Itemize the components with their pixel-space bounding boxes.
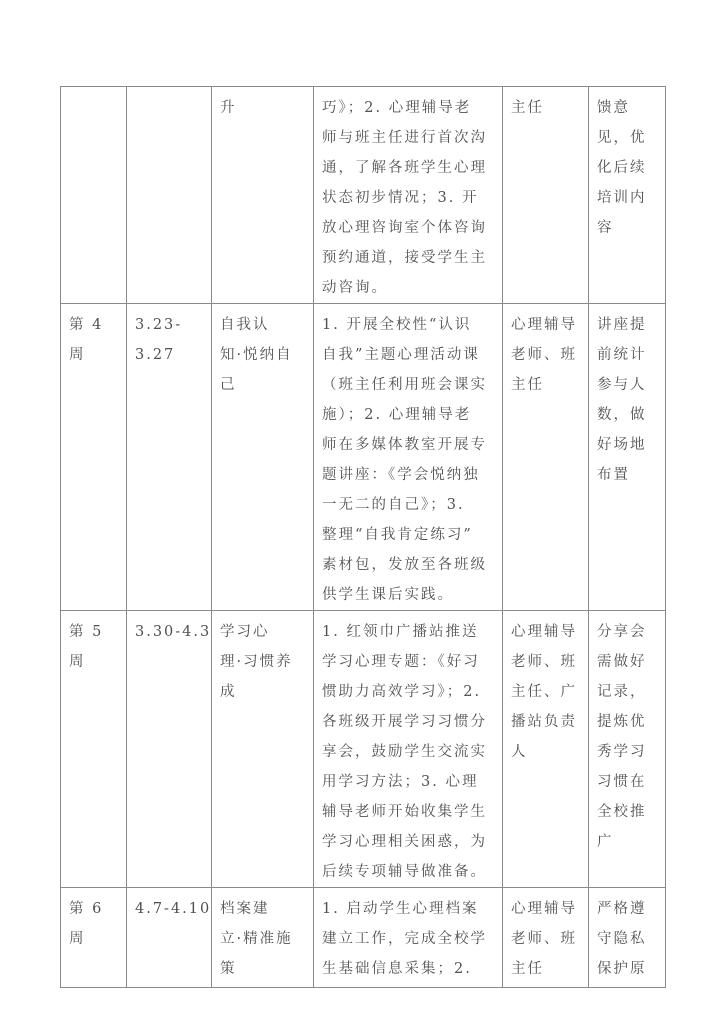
responsible-line: 主任 (511, 93, 580, 123)
content-line: 动咨询。 (322, 273, 494, 303)
responsible-line: 主任 (511, 954, 580, 984)
content-line: 状态初步情况；3. 开 (322, 183, 494, 213)
content-line: 放心理咨询室个体咨询 (322, 213, 494, 243)
responsible-line: 老师、班 (511, 340, 580, 370)
notes-cell: 严格遵 守隐私 保护原 (589, 888, 666, 988)
theme-line: 自我认 (220, 310, 305, 340)
date-line: 4.7-4.10 (135, 894, 203, 924)
notes-cell: 分享会 需做好 记录， 提炼优 秀学习 习惯在 全校推 广 (589, 611, 666, 888)
date-line: 3.27 (135, 340, 203, 370)
content-line: 一无二的自己》；3. (322, 490, 494, 520)
notes-line: 广 (597, 827, 657, 857)
notes-line: 参与人 (597, 370, 657, 400)
notes-line: 需做好 (597, 647, 657, 677)
content-line: 后续专项辅导做准备。 (322, 857, 494, 887)
table-row-continuation: 升 巧》；2. 心理辅导老 师与班主任进行首次沟 通，了解各班学生心理 状态初步… (61, 87, 666, 304)
content-cell: 1. 启动学生心理档案 建立工作，完成全校学 生基础信息采集；2. (314, 888, 503, 988)
schedule-table-body: 升 巧》；2. 心理辅导老 师与班主任进行首次沟 通，了解各班学生心理 状态初步… (61, 87, 666, 988)
content-line: 学习心理专题：《好习 (322, 647, 494, 677)
notes-line: 提炼优 (597, 707, 657, 737)
content-cell: 1. 开展全校性“认识 自我”主题心理活动课 （班主任利用班会课实 施）；2. … (314, 304, 503, 611)
content-cell: 1. 红领巾广播站推送 学习心理专题：《好习 惯助力高效学习》；2. 各班级开展… (314, 611, 503, 888)
table-row-week-4: 第 4 周 3.23- 3.27 自我认 知·悦纳自 己 1. 开展全校性“认识… (61, 304, 666, 611)
week-cell: 第 4 周 (61, 304, 127, 611)
theme-line: 升 (220, 93, 305, 123)
notes-line: 讲座提 (597, 310, 657, 340)
notes-line: 数，做 (597, 400, 657, 430)
notes-line: 馈意 (597, 93, 657, 123)
theme-cell: 档案建 立·精准施 策 (212, 888, 314, 988)
theme-line: 成 (220, 677, 305, 707)
date-cell (127, 87, 212, 304)
date-cell: 3.30-4.3 (127, 611, 212, 888)
responsible-cell: 心理辅导 老师、班 主任 (503, 888, 589, 988)
notes-line: 见，优 (597, 123, 657, 153)
notes-line: 守隐私 (597, 924, 657, 954)
content-line: 生基础信息采集；2. (322, 954, 494, 984)
theme-cell: 自我认 知·悦纳自 己 (212, 304, 314, 611)
notes-line: 严格遵 (597, 894, 657, 924)
content-line: 巧》；2. 心理辅导老 (322, 93, 494, 123)
content-line: 1. 启动学生心理档案 (322, 894, 494, 924)
notes-line: 记录， (597, 677, 657, 707)
responsible-line: 老师、班 (511, 647, 580, 677)
date-cell: 3.23- 3.27 (127, 304, 212, 611)
responsible-line: 人 (511, 737, 580, 767)
notes-line: 化后续 (597, 153, 657, 183)
content-line: 学习心理相关困惑，为 (322, 827, 494, 857)
content-line: 通，了解各班学生心理 (322, 153, 494, 183)
responsible-cell: 心理辅导 老师、班 主任 (503, 304, 589, 611)
content-line: 整理“自我肯定练习” (322, 520, 494, 550)
theme-line: 学习心 (220, 617, 305, 647)
theme-line: 策 (220, 954, 305, 984)
content-line: 预约通道，接受学生主 (322, 243, 494, 273)
schedule-table: 升 巧》；2. 心理辅导老 师与班主任进行首次沟 通，了解各班学生心理 状态初步… (60, 86, 666, 988)
theme-line: 档案建 (220, 894, 305, 924)
theme-line: 己 (220, 370, 305, 400)
notes-line: 分享会 (597, 617, 657, 647)
content-line: 题讲座：《学会悦纳独 (322, 460, 494, 490)
table-row-week-5: 第 5 周 3.30-4.3 学习心 理·习惯养 成 1. 红领巾广播站推送 学… (61, 611, 666, 888)
notes-line: 培训内 (597, 183, 657, 213)
date-line: 3.23- (135, 310, 203, 340)
notes-line: 前统计 (597, 340, 657, 370)
theme-cell: 升 (212, 87, 314, 304)
responsible-line: 心理辅导 (511, 617, 580, 647)
week-cell: 第 5 周 (61, 611, 127, 888)
theme-line: 立·精准施 (220, 924, 305, 954)
responsible-line: 主任、广 (511, 677, 580, 707)
content-line: 自我”主题心理活动课 (322, 340, 494, 370)
content-line: 惯助力高效学习》；2. (322, 677, 494, 707)
responsible-line: 心理辅导 (511, 894, 580, 924)
responsible-line: 心理辅导 (511, 310, 580, 340)
content-cell: 巧》；2. 心理辅导老 师与班主任进行首次沟 通，了解各班学生心理 状态初步情况… (314, 87, 503, 304)
content-line: 建立工作，完成全校学 (322, 924, 494, 954)
responsible-line: 老师、班 (511, 924, 580, 954)
content-line: 1. 红领巾广播站推送 (322, 617, 494, 647)
notes-line: 布置 (597, 460, 657, 490)
notes-line: 秀学习 (597, 737, 657, 767)
responsible-line: 主任 (511, 370, 580, 400)
table-row-week-6: 第 6 周 4.7-4.10 档案建 立·精准施 策 1. 启动学生心理档案 建… (61, 888, 666, 988)
responsible-line: 播站负责 (511, 707, 580, 737)
content-line: 用学习方法；3. 心理 (322, 767, 494, 797)
notes-line: 好场地 (597, 430, 657, 460)
notes-line: 全校推 (597, 797, 657, 827)
content-line: （班主任利用班会课实 (322, 370, 494, 400)
date-line: 3.30-4.3 (135, 617, 203, 647)
theme-line: 理·习惯养 (220, 647, 305, 677)
notes-line: 习惯在 (597, 767, 657, 797)
week-cell: 第 6 周 (61, 888, 127, 988)
date-cell: 4.7-4.10 (127, 888, 212, 988)
week-cell (61, 87, 127, 304)
theme-line: 知·悦纳自 (220, 340, 305, 370)
notes-line: 保护原 (597, 954, 657, 984)
content-line: 师与班主任进行首次沟 (322, 123, 494, 153)
notes-cell: 讲座提 前统计 参与人 数，做 好场地 布置 (589, 304, 666, 611)
content-line: 供学生课后实践。 (322, 580, 494, 610)
responsible-cell: 心理辅导 老师、班 主任、广 播站负责 人 (503, 611, 589, 888)
content-line: 素材包，发放至各班级 (322, 550, 494, 580)
content-line: 享会，鼓励学生交流实 (322, 737, 494, 767)
content-line: 各班级开展学习习惯分 (322, 707, 494, 737)
notes-line: 容 (597, 213, 657, 243)
theme-cell: 学习心 理·习惯养 成 (212, 611, 314, 888)
responsible-cell: 主任 (503, 87, 589, 304)
content-line: 施）；2. 心理辅导老 (322, 400, 494, 430)
notes-cell: 馈意 见，优 化后续 培训内 容 (589, 87, 666, 304)
content-line: 1. 开展全校性“认识 (322, 310, 494, 340)
content-line: 辅导老师开始收集学生 (322, 797, 494, 827)
content-line: 师在多媒体教室开展专 (322, 430, 494, 460)
